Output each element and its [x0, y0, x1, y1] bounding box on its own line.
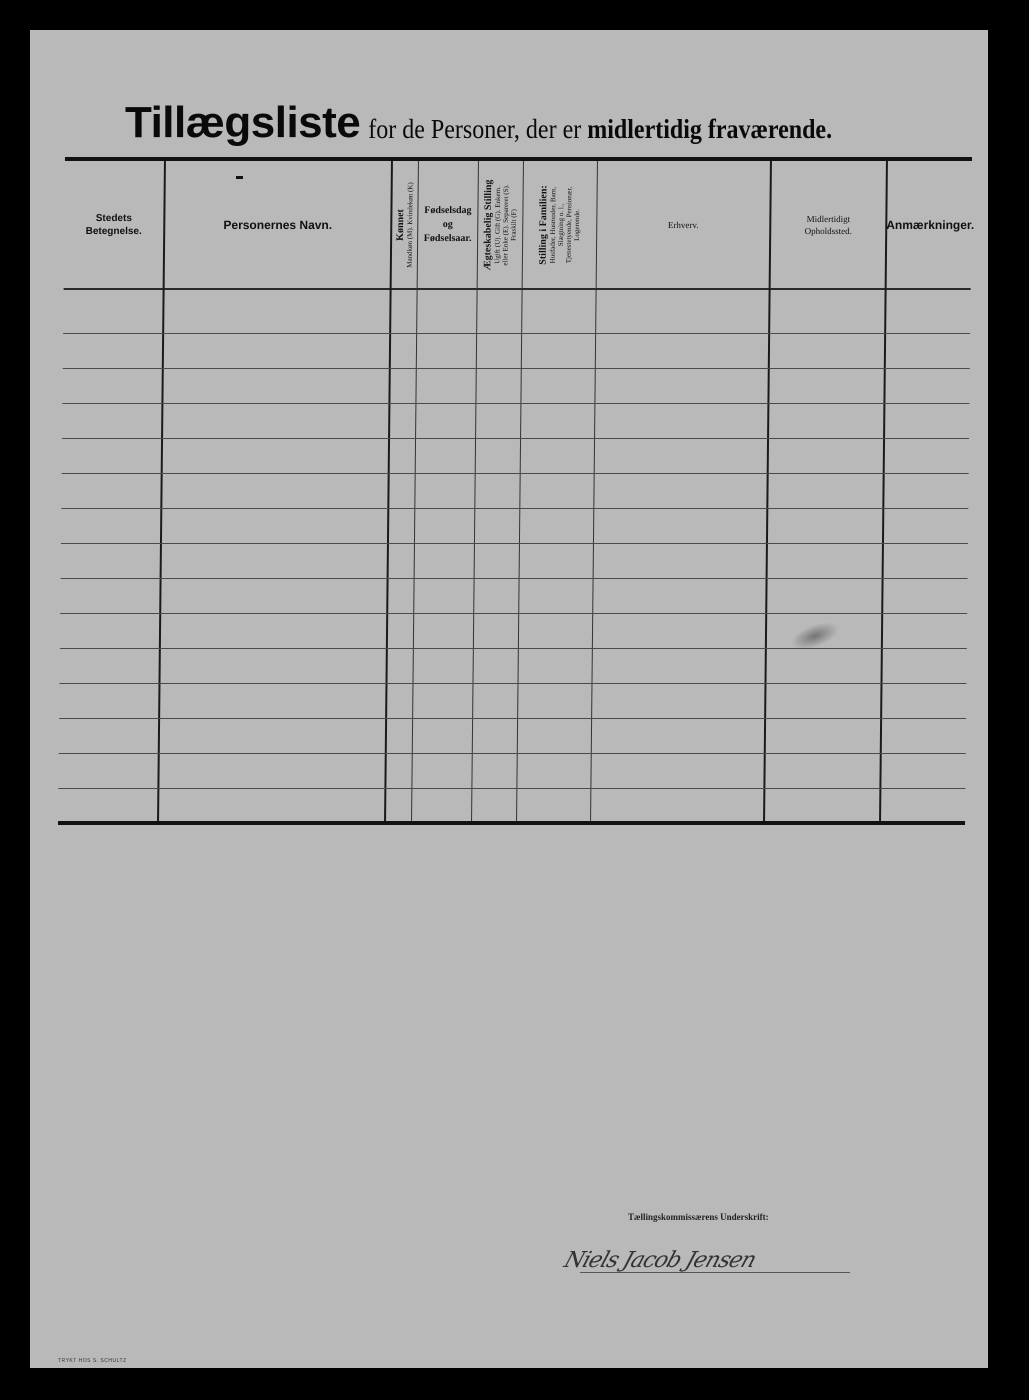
- row-rule: [61, 543, 968, 544]
- row-rule: [61, 508, 968, 509]
- header-text: Stedets: [96, 213, 132, 224]
- form-title-emphasis: midlertidig fraværende.: [587, 115, 832, 146]
- form-title-subtitle: for de Personer, der er: [368, 115, 581, 146]
- row-rule: [60, 648, 967, 649]
- printer-mark: TRYKT HOS S. SCHULTZ: [58, 1358, 127, 1364]
- header-text: Fødselsaar.: [424, 233, 472, 244]
- row-rule: [58, 788, 965, 789]
- row-rule: [59, 683, 966, 684]
- form-title-main: Tillægsliste: [125, 98, 360, 147]
- header-text: Fraskilt (F): [509, 179, 518, 270]
- signature-line: [580, 1272, 850, 1273]
- header-midlertidigt-opholdssted: MidlertidigtOpholdssted.: [771, 161, 886, 288]
- header-text: Midlertidigt: [807, 214, 851, 224]
- header-text: Betegnelse.: [86, 226, 142, 237]
- header-text: Erhverv.: [668, 219, 699, 231]
- header-text: Ægteskabelig Stilling: [483, 179, 494, 270]
- row-rule: [62, 403, 969, 404]
- header-text: Tjenestetyende, Pensionær,: [564, 185, 573, 264]
- header-erhverv: Erhverv.: [597, 161, 770, 288]
- header-kjonnet: KønnetMandkøn (M). Kvindekøn (K): [392, 161, 418, 288]
- header-aegteskabelig-stilling: Ægteskabelig StillingUgift (U). Gift (G)…: [478, 161, 523, 288]
- supplement-list-table: StedetsBetegnelse. Personernes Navn. Køn…: [58, 157, 972, 825]
- row-rule: [59, 718, 966, 719]
- header-anmaerkninger: Anmærkninger.: [887, 161, 974, 288]
- header-bottom-rule: [64, 288, 971, 290]
- handwritten-signature: Niels Jacob Jensen: [561, 1248, 759, 1273]
- header-text: Mandkøn (M). Kvindekøn (K): [405, 182, 414, 268]
- header-text: eller Enke (E). Separeret (S).: [501, 179, 510, 270]
- header-text: Logerende.: [572, 185, 581, 264]
- header-fodselsdag: FødselsdagogFødselsaar.: [418, 161, 478, 288]
- header-stedets-betegnelse: StedetsBetegnelse.: [64, 161, 164, 288]
- table-bottom-rule: [58, 821, 965, 825]
- header-text: Stilling i Familien:: [538, 185, 549, 264]
- header-text: Fødselsdag: [424, 205, 471, 216]
- header-personernes-navn: Personernes Navn.: [165, 161, 391, 288]
- row-rule: [61, 578, 968, 579]
- row-rule: [62, 473, 969, 474]
- header-text: og: [443, 219, 453, 230]
- signature-label: Tællingskommissærens Underskrift:: [628, 1212, 769, 1222]
- row-rule: [63, 333, 970, 334]
- header-text: Anmærkninger.: [886, 218, 974, 232]
- header-text: Personernes Navn.: [223, 218, 332, 232]
- row-rule: [63, 368, 970, 369]
- header-text: Kønnet: [395, 182, 406, 268]
- header-stilling-i-familien: Stilling i Familien:Husfader, Husmoder, …: [523, 161, 597, 288]
- header-text: Husfader, Husmoder, Barn,: [548, 185, 557, 264]
- row-rule: [60, 613, 967, 614]
- row-rule: [59, 753, 966, 754]
- row-rule: [62, 438, 969, 439]
- form-title: Tillægslistefor de Personer, der ermidle…: [125, 98, 832, 148]
- header-text: Opholdssted.: [805, 226, 852, 236]
